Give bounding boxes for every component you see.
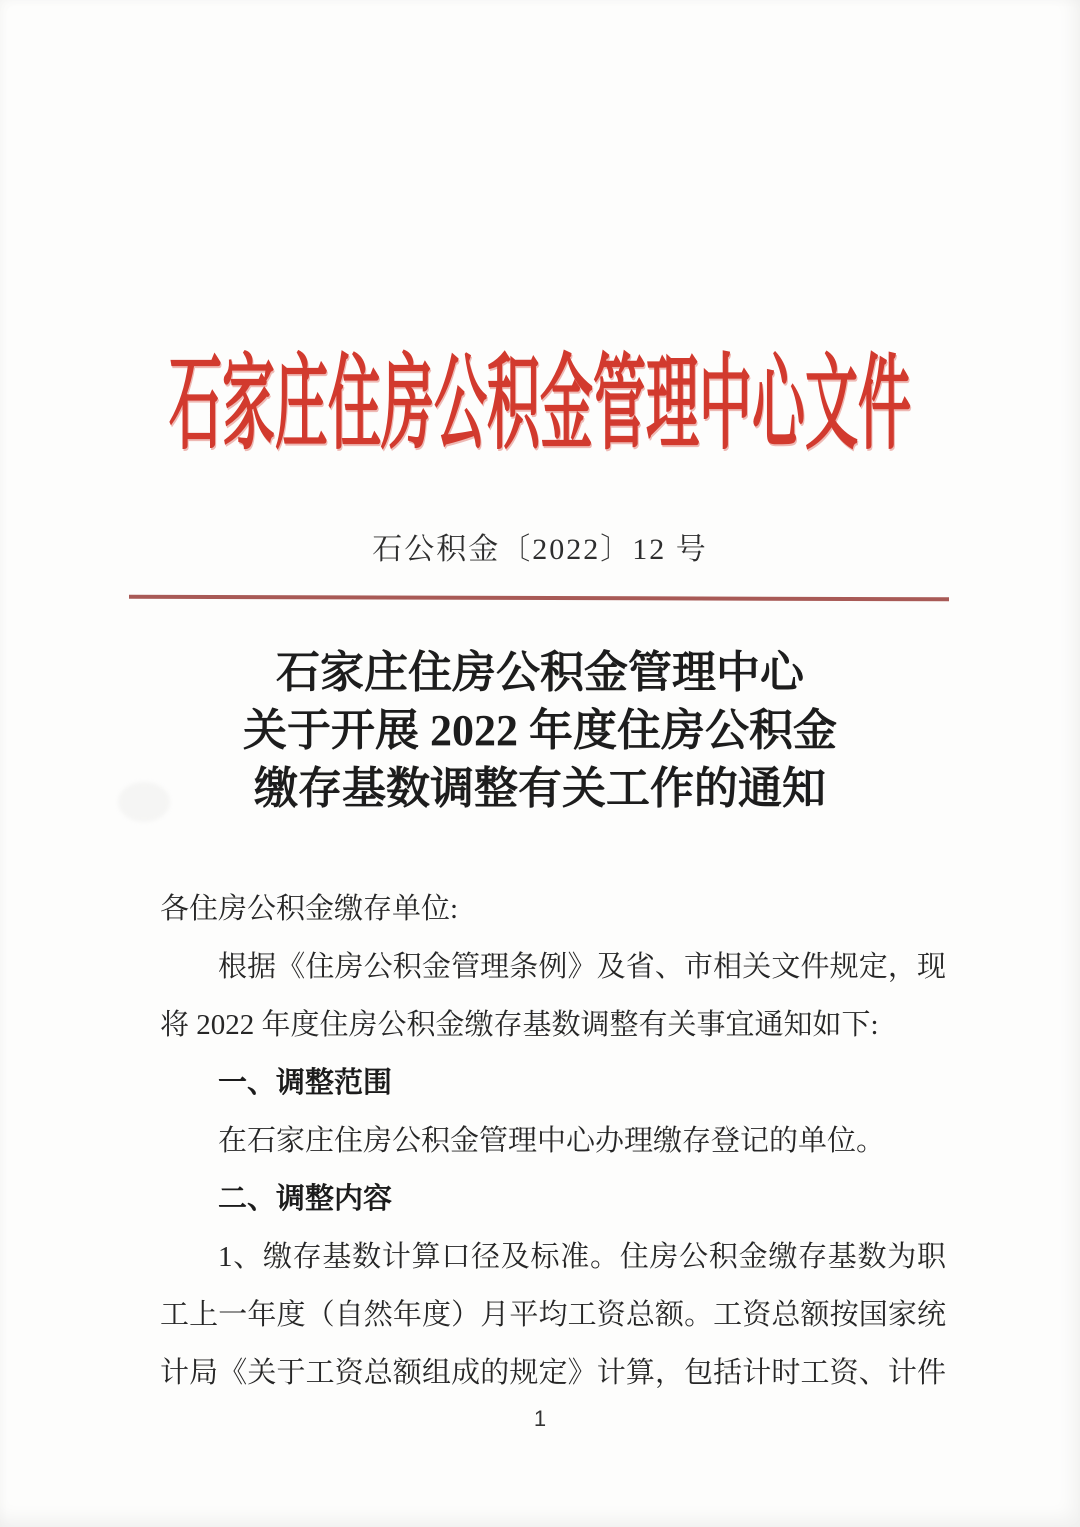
body-line: 工上一年度（自然年度）月平均工资总额。工资总额按国家统 <box>160 1286 946 1344</box>
body-line: 计局《关于工资总额组成的规定》计算，包括计时工资、计件 <box>160 1344 946 1402</box>
body-line: 将 2022 年度住房公积金缴存基数调整有关事宜通知如下: <box>160 996 946 1054</box>
document-masthead: 石家庄住房公积金管理中心文件 <box>0 353 1080 461</box>
scan-artifact-smudge <box>118 782 170 822</box>
notice-title-line-1: 石家庄住房公积金管理中心 <box>0 644 1080 702</box>
page-number: 1 <box>0 1406 1080 1432</box>
section-heading-1: 一、调整范围 <box>160 1054 946 1112</box>
body-line: 根据《住房公积金管理条例》及省、市相关文件规定，现 <box>160 938 946 996</box>
body-line: 1、缴存基数计算口径及标准。住房公积金缴存基数为职 <box>160 1228 946 1286</box>
scanned-document-page: 石家庄住房公积金管理中心文件 石公积金〔2022〕12 号 石家庄住房公积金管理… <box>0 0 1080 1527</box>
section-heading-2: 二、调整内容 <box>160 1170 946 1228</box>
red-divider-rule <box>129 595 949 602</box>
document-body: 各住房公积金缴存单位: 根据《住房公积金管理条例》及省、市相关文件规定，现 将 … <box>160 880 946 1402</box>
salutation-line: 各住房公积金缴存单位: <box>160 880 946 938</box>
notice-title-line-2: 关于开展 2022 年度住房公积金 <box>0 702 1080 760</box>
body-line: 在石家庄住房公积金管理中心办理缴存登记的单位。 <box>160 1112 946 1170</box>
document-reference-number: 石公积金〔2022〕12 号 <box>0 524 1080 568</box>
